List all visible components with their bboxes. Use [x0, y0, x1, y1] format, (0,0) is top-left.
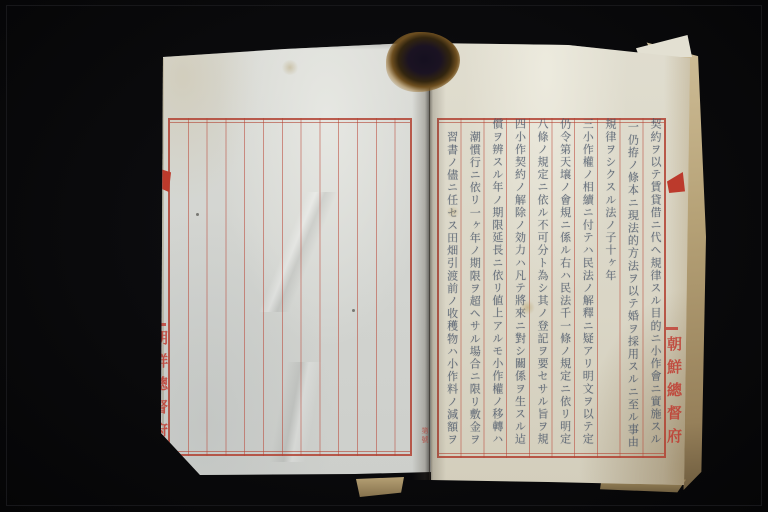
manuscript-column: 潮慣行ニ依リ一ヶ年ノ期限ヲ超ヘサル場合ニ限リ敷金ヲ償却 [463, 118, 486, 458]
page-top-shadow [428, 36, 690, 44]
edge-print-right: 朝鮮總督府 [667, 336, 682, 458]
edge-print-left-text: 朝鮮總督府 [157, 330, 168, 445]
manuscript-column: 四小作契約ノ解除ノ効力ハ凡テ將來ニ對シ關係ヲ生スル迠 [508, 118, 531, 458]
manuscript-text-area: 契約ヲ以テ賃貸借ニ代ヘ規律スル目的ニ小作會ニ實施スル事 一仍拵ノ條本ニ現法的方法… [437, 118, 666, 458]
manuscript-column: 契約ヲ以テ賃貸借ニ代ヘ規律スル目的ニ小作會ニ實施スル事 [643, 118, 666, 458]
edge-print-left: 朝鮮總督府 [157, 330, 168, 470]
book-gutter-shadow [412, 38, 446, 480]
manuscript-column: 償ヲ辨スル年ノ期限延長ニ依リ値上アルモ小作權ノ移轉ハ效 [485, 118, 508, 458]
edge-print-bracket-right [666, 327, 678, 330]
manuscript-column: 八條ノ規定ニ依ル不可分ト為シ其ノ登記ヲ要セサル旨ヲ規定 [530, 118, 553, 458]
manuscript-column: 規律ヲシクスル法ノ子十ヶ年 [598, 118, 621, 458]
photo-background: 朝鮮總督府 契約ヲ以テ賃貸借ニ代ヘ規律スル目的ニ小作會ニ實施スル事 一仍拵ノ條本… [0, 0, 768, 512]
manuscript-column: 仍令第天壌ノ會規ニ係ル右ハ民法千一條ノ規定ニ依リ明定ス [553, 118, 576, 458]
right-page: 契約ヲ以テ賃貸借ニ代ヘ規律スル目的ニ小作會ニ實施スル事 一仍拵ノ條本ニ現法的方法… [428, 36, 690, 488]
red-tab-right [667, 172, 685, 193]
ruled-frame-left [168, 118, 412, 456]
paper-speck [352, 309, 355, 312]
manuscript-column: 三小作權ノ相續ニ付テハ民法ノ解釋ニ疑アリ明文ヲ以テ定ム [576, 118, 599, 458]
paper-speck [196, 213, 199, 216]
corner-form-mark: 第號 [419, 427, 430, 453]
edge-print-bracket-left [157, 323, 166, 326]
page-stack-edge-bottom-left [356, 477, 404, 497]
manuscript-column: 一仍拵ノ條本ニ現法的方法ヲ以テ婚ヲ採用スルニ至ル事由之 [621, 118, 644, 458]
edge-print-right-text: 朝鮮總督府 [667, 336, 682, 451]
left-page: 朝鮮總督府 [155, 42, 432, 476]
